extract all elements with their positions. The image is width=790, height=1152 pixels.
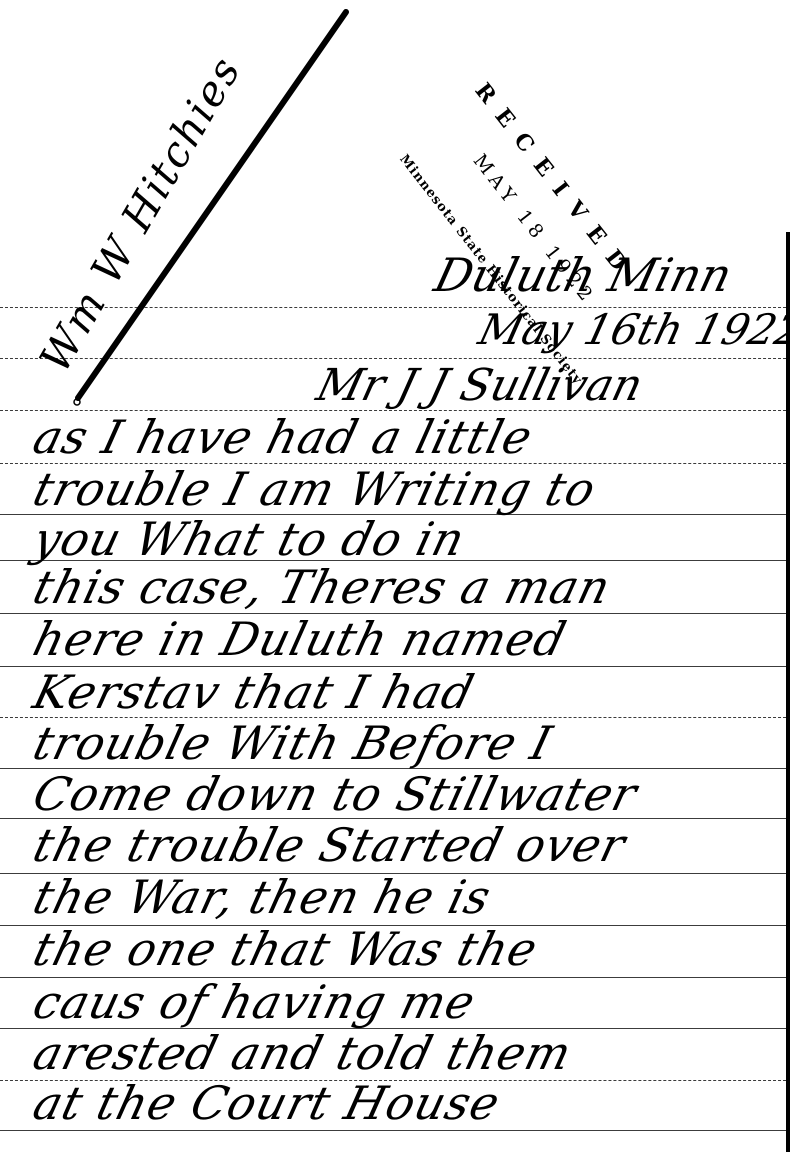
letter-place: Duluth Minn (429, 248, 737, 302)
letter-page: Wm W Hitchies RECEIVED MAY 18 1922 Minne… (0, 0, 790, 1152)
body-line: the trouble Started over (28, 818, 631, 872)
body-line: the War, then he is (28, 870, 497, 924)
body-line: this case, Theres a man (28, 560, 616, 614)
body-line: Come down to Stillwater (28, 767, 643, 821)
body-line: here in Duluth named (28, 612, 572, 666)
body-line: trouble With Before I (28, 716, 558, 770)
body-line: as I have had a little (28, 410, 538, 464)
body-line: at the Court House (28, 1076, 506, 1130)
letter-salutation: Mr J J Sullivan (312, 360, 648, 411)
body-line: Kerstav that I had (28, 665, 480, 719)
body-line: caus of having me (28, 975, 481, 1029)
body-line: trouble I am Writing to (28, 462, 602, 516)
letter-date: May 16th 1922 (474, 305, 790, 354)
body-line: you What to do in (28, 512, 471, 566)
body-line: arested and told them (28, 1026, 578, 1080)
body-line: the one that Was the (28, 922, 544, 976)
